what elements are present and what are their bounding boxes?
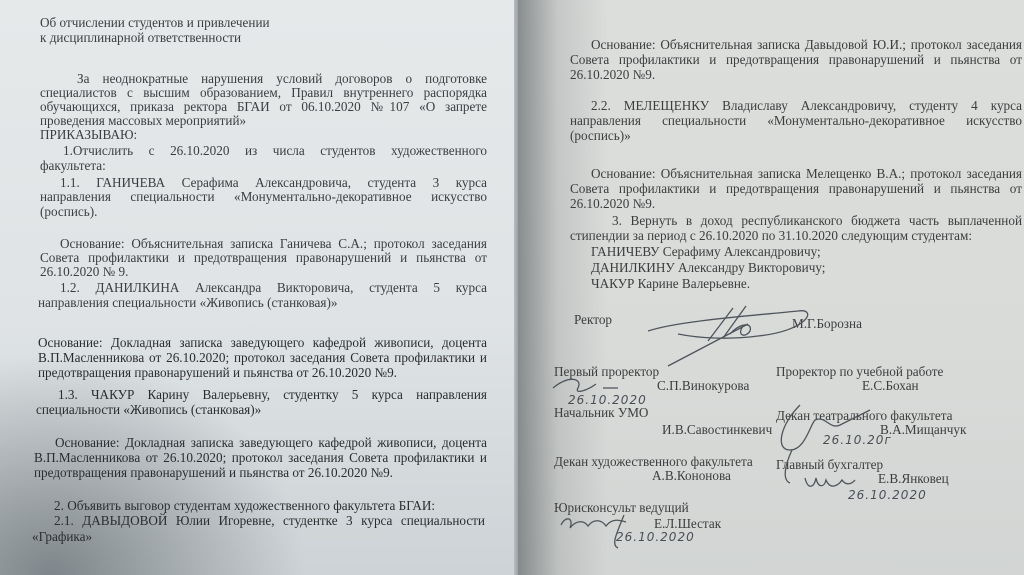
item-2-1-basis-line-2: Совета профилактики и предотвращения пра… — [570, 52, 1022, 67]
item-1-2-line-2: направления специальности «Живопись (ста… — [38, 295, 337, 310]
legal-counsel-name: Е.Л.Шестак — [654, 516, 721, 531]
item-1-3-line-2: специальности «Живопись (станковая)» — [36, 402, 261, 417]
umo-head-name: И.В.Савостинкевич — [662, 422, 772, 437]
item-1-2-basis-line-3: предотвращения правонарушений и пьянства… — [38, 365, 397, 380]
item-1-1-basis-line-1: Основание: Объяснительная записка Ганиче… — [60, 236, 487, 251]
document-title-line-1: Об отчислении студентов и привлечении — [40, 15, 270, 30]
item-2-2-basis-line-3: 26.10.2020 №9. — [570, 196, 655, 211]
item-2-1-basis-line-1: Основание: Объяснительная записка Давыдо… — [591, 37, 1022, 52]
rector-role: Ректор — [574, 312, 612, 327]
item-1-3-basis-line-1: Основание: Докладная записка заведующего… — [55, 435, 487, 450]
prorector-edu-name: Е.С.Бохан — [862, 378, 919, 393]
item-2-1-basis-line-3: 26.10.2020 №9. — [570, 67, 655, 82]
item-1-2-basis-line-2: В.П.Масленникова от 26.10.2020; протокол… — [38, 350, 487, 365]
refund-student-2: ДАНИЛКИНУ Александру Викторовичу; — [591, 260, 825, 275]
document-page-right: Основание: Объяснительная записка Давыдо… — [518, 0, 1024, 575]
legal-counsel-date: 26.10.2020 — [616, 530, 695, 544]
umo-head-role: Начальник УМО — [554, 405, 648, 420]
document-page-left: Об отчислении студентов и привлечении к … — [0, 0, 518, 575]
item-2-2-basis-line-2: Совета профилактики и предотвращения пра… — [570, 181, 1022, 196]
preamble-line-1: За неоднократные нарушения условий догов… — [77, 71, 487, 86]
item-1-line-1: 1.Отчислить с 26.10.2020 из числа студен… — [63, 143, 487, 158]
order-word: ПРИКАЗЫВАЮ: — [40, 127, 137, 142]
item-1-1-basis-line-3: 26.10.2020 № 9. — [40, 264, 128, 279]
refund-student-3: ЧАКУР Карине Валерьевне. — [591, 276, 750, 291]
item-1-1-line-3: (роспись). — [40, 204, 97, 219]
preamble-line-3: обучающихся, приказа ректора БГАИ от 06.… — [40, 99, 487, 114]
item-2-2-line-1: 2.2. МЕЛЕЩЕНКУ Владиславу Александровичу… — [591, 98, 1022, 113]
item-2-2-line-3: (роспись)» — [570, 128, 631, 143]
item-2-2-basis-line-1: Основание: Объяснительная записка Мелеще… — [591, 166, 1022, 181]
item-2-2-line-2: направления специальности «Монументально… — [570, 113, 1022, 128]
art-dean-name: А.В.Кононова — [652, 468, 731, 483]
item-1-3-basis-line-3: предотвращения правонарушений и пьянства… — [34, 465, 393, 480]
item-1-1-line-1: 1.1. ГАНИЧЕВА Серафима Александровича, с… — [60, 175, 487, 190]
refund-student-1: ГАНИЧЕВУ Серафиму Александровичу; — [591, 244, 821, 259]
preamble-line-2: специалистов с высшим образованием, Прав… — [40, 85, 487, 100]
item-1-1-basis-line-2: Совета профилактики и предотвращения пра… — [40, 250, 487, 265]
theatre-dean-name: В.А.Мищанчук — [880, 422, 966, 437]
item-3-line-1: 3. Вернуть в доход республиканского бюдж… — [612, 213, 1022, 228]
document-title-line-2: к дисциплинарной ответственности — [40, 30, 241, 45]
item-2-1-line-1: 2.1. ДАВЫДОВОЙ Юлии Игоревне, студентке … — [54, 513, 485, 528]
rector-signature-icon — [638, 296, 818, 366]
preamble-line-4: проведения массовых мероприятий» — [40, 113, 246, 128]
item-2-1-line-2: «Графика» — [32, 529, 92, 544]
first-prorector-name: С.П.Винокурова — [657, 378, 749, 393]
item-2-line-1: 2. Объявить выговор студентам художестве… — [54, 498, 435, 513]
chief-accountant-name: Е.В.Янковец — [878, 471, 949, 486]
item-1-3-line-1: 1.3. ЧАКУР Карину Валерьевну, студентку … — [58, 387, 487, 402]
item-1-line-2: факультета: — [40, 158, 106, 173]
chief-accountant-date: 26.10.2020 — [848, 488, 927, 502]
prorector-edu-role: Проректор по учебной работе — [776, 364, 943, 379]
item-1-3-basis-line-2: В.П.Масленникова от 26.10.2020; протокол… — [34, 450, 487, 465]
item-3-line-2: стипендии за период с 26.10.2020 по 31.1… — [570, 228, 972, 243]
item-1-1-line-2: направления специальности «Монументально… — [40, 189, 487, 204]
theatre-dean-date: 26.10.20г — [823, 433, 892, 447]
item-1-2-basis-line-1: Основание: Докладная записка заведующего… — [38, 335, 487, 350]
item-1-2-line-1: 1.2. ДАНИЛКИНА Александра Викторовича, с… — [60, 280, 487, 295]
art-dean-role: Декан художественного факультета — [554, 454, 753, 469]
